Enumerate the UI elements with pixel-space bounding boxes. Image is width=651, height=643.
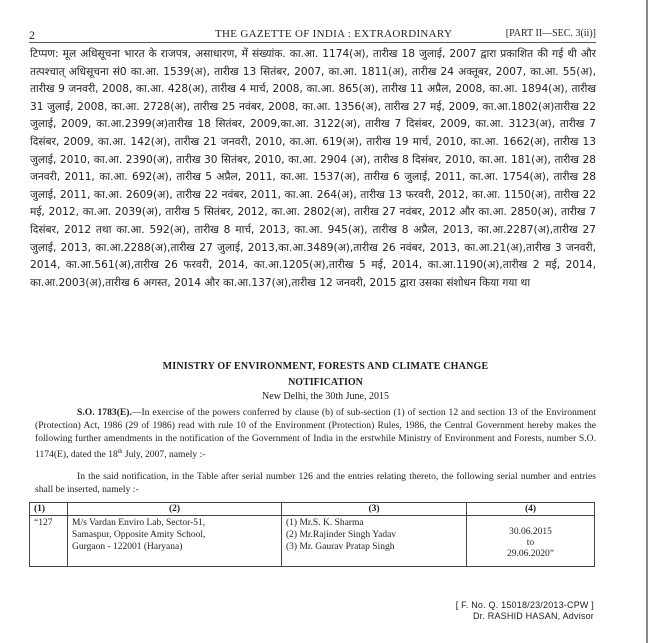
ministry-heading: MINISTRY OF ENVIRONMENT, FORESTS AND CLI… [0,361,651,372]
notification-paragraph-2: In the said notification, in the Table a… [35,470,596,496]
column-header: (3) [282,503,467,516]
notification-date: New Delhi, the 30th June, 2015 [0,391,651,402]
analysts-cell: (1) Mr.S. K. Sharma (2) Mr.Rajinder Sing… [282,516,467,567]
gazette-title: THE GAZETTE OF INDIA : EXTRAORDINARY [215,28,452,40]
table-row: “127 M/s Vardan Enviro Lab, Sector-51, S… [30,516,595,567]
laboratory-line: M/s Vardan Enviro Lab, Sector-51, [72,517,277,529]
hindi-footnote: टिप्पण: मूल अधिसूचना भारत के राजपत्र, अस… [30,46,596,292]
validity-until: 29.06.2020” [471,549,590,560]
laboratory-line: Samaspur, Opposite Amity School, [72,529,277,541]
file-number: [ F. No. Q. 15018/23/2013-CPW ] [456,600,594,610]
notification-title: NOTIFICATION [0,377,651,388]
validity-to-word: to [471,538,590,549]
serial-cell: “127 [30,516,68,567]
part-section: [PART II—SEC. 3(ii)] [506,28,596,39]
analyst-name: (3) Mr. Gaurav Pratap Singh [286,541,462,553]
laboratory-table: (1) (2) (3) (4) “127 M/s Vardan Enviro L… [29,502,595,567]
validity-cell: 30.06.2015 to 29.06.2020” [467,516,595,567]
laboratory-cell: M/s Vardan Enviro Lab, Sector-51, Samasp… [68,516,282,567]
page-number: 2 [29,28,35,43]
page-edge-line [646,0,648,643]
signatory: Dr. RASHID HASAN, Advisor [473,611,594,621]
table-header-row: (1) (2) (3) (4) [30,503,595,516]
analyst-name: (2) Mr.Rajinder Singh Yadav [286,529,462,541]
laboratory-line: Gurgaon - 122001 (Haryana) [72,541,277,553]
column-header: (1) [30,503,68,516]
analyst-name: (1) Mr.S. K. Sharma [286,517,462,529]
para1-text-end: July, 2007, namely :- [122,449,205,460]
column-header: (2) [68,503,282,516]
gazette-header: 2 THE GAZETTE OF INDIA : EXTRAORDINARY [… [29,28,596,43]
validity-from: 30.06.2015 [471,527,590,538]
notification-paragraph-1: S.O. 1783(E).—In exercise of the powers … [35,406,596,461]
so-number: S.O. 1783(E). [77,407,132,418]
column-header: (4) [467,503,595,516]
